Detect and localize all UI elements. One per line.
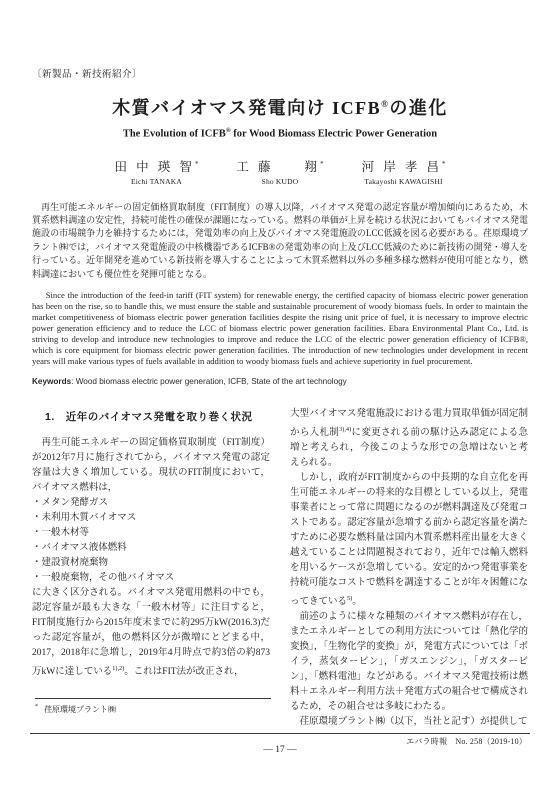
right-paragraph-2: しかし，政府がFIT制度からの中長期的な自立化を再生可能エネルギーの将来的な目標…: [290, 471, 528, 610]
fuel-list-item: ・建設資材廃棄物: [32, 556, 270, 571]
author-name: 田 中 瑛 智*: [115, 157, 199, 175]
author-name-romanized: Takayoshi KAWAGISHI: [362, 177, 446, 186]
author-name-jp: 河 岸 孝 昌: [362, 160, 442, 174]
author-3: 河 岸 孝 昌* Takayoshi KAWAGISHI: [362, 157, 446, 186]
fuel-list-item: ・メタン発酵ガス: [32, 496, 270, 511]
fuel-list-item: ・一般廃棄物，その他バイオマス: [32, 571, 270, 586]
author-affiliation-mark: *: [195, 159, 199, 167]
paper-page: 〔新製品・新技術紹介〕 木質バイオマス発電向け ICFB®の進化 The Evo…: [0, 0, 560, 792]
left-paragraph-2-continuation: 。これはFIT法が改正され，: [124, 667, 243, 677]
right-paragraph-1: 大型バイオマス発電施設における電力買取単価が固定制から入札制3),4)に変更され…: [290, 407, 528, 471]
right-paragraph-3: 前述のように様々な種類のバイオマス燃料が存在し，またエネルギーとしての利用方法に…: [290, 610, 528, 715]
keywords-line: Keywords: Wood biomass electric power ge…: [32, 377, 528, 386]
author-1: 田 中 瑛 智* Eichi TANAKA: [115, 157, 199, 186]
body-columns: 1. 近年のバイオマス発電を取り巻く状況 再生可能エネルギーの固定価格買取制度（…: [32, 407, 528, 730]
left-paragraph-2: に大きく区分される。バイオマス発電用燃料の中でも，認定容量が最も大きな「一般木材…: [32, 586, 270, 680]
footnote-text: 荏原環境プラント㈱: [44, 705, 116, 714]
author-affiliation-mark: *: [442, 159, 446, 167]
fuel-list-item: ・一般木材等: [32, 526, 270, 541]
left-paragraph-1: 再生可能エネルギーの固定価格買取制度（FIT制度）が2012年7月に施行されてか…: [32, 436, 270, 496]
fuel-category-list: ・メタン発酵ガス ・未利用木質バイオマス ・一般木材等 ・バイオマス液体燃料 ・…: [32, 496, 270, 586]
paper-title-pre: 木質バイオマス発電向け ICFB: [112, 98, 381, 118]
affiliation-footnote: *荏原環境プラント㈱: [35, 698, 271, 715]
keywords-label: Keywords: [32, 377, 71, 386]
category-tag: 〔新製品・新技術紹介〕: [32, 66, 528, 80]
paper-title-post: の進化: [389, 98, 448, 118]
right-paragraph-4: 荏原環境プラント㈱（以下，当社と記す）が提供して: [290, 715, 528, 730]
fuel-list-item: ・未利用木質バイオマス: [32, 511, 270, 526]
author-name: 工 藤 翔*: [236, 157, 323, 175]
keywords-text: : Wood biomass electric power generation…: [71, 377, 347, 386]
footer-divider: [30, 733, 530, 734]
page-number: — 17 —: [0, 745, 560, 755]
paper-subtitle-post: for Wood Biomass Electric Power Generati…: [231, 129, 437, 140]
abstract-english: Since the introduction of the feed-in ta…: [32, 290, 528, 367]
author-2: 工 藤 翔* Sho KUDO: [236, 157, 323, 186]
paper-subtitle-pre: The Evolution of ICFB: [123, 129, 226, 140]
right-paragraph-2-text: しかし，政府がFIT制度からの中長期的な自立化を再生可能エネルギーの将来的な目標…: [290, 473, 528, 607]
footnote-mark: *: [35, 704, 38, 710]
author-name-romanized: Eichi TANAKA: [115, 177, 199, 186]
right-column: 大型バイオマス発電施設における電力買取単価が固定制から入札制3),4)に変更され…: [290, 407, 528, 730]
author-name-jp: 田 中 瑛 智: [115, 160, 195, 174]
author-name-jp: 工 藤 翔: [236, 160, 320, 174]
author-affiliation-mark: *: [320, 159, 324, 167]
reference-superscript: 3),4): [339, 426, 351, 433]
left-column: 1. 近年のバイオマス発電を取り巻く状況 再生可能エネルギーの固定価格買取制度（…: [32, 407, 270, 730]
author-name-romanized: Sho KUDO: [236, 177, 323, 186]
author-name: 河 岸 孝 昌*: [362, 157, 446, 175]
right-paragraph-2-end: 。: [352, 597, 362, 607]
abstract-japanese: 再生可能エネルギーの固定価格買取制度（FIT制度）の導入以降，バイオマス発電の認…: [32, 201, 528, 281]
section-1-heading: 1. 近年のバイオマス発電を取り巻く状況: [32, 410, 270, 425]
reference-superscript: 1),2): [112, 665, 124, 672]
author-list: 田 中 瑛 智* Eichi TANAKA 工 藤 翔* Sho KUDO 河 …: [32, 157, 528, 186]
fuel-list-item: ・バイオマス液体燃料: [32, 541, 270, 556]
paper-subtitle: The Evolution of ICFB® for Wood Biomass …: [32, 127, 528, 140]
left-paragraph-2-text: に大きく区分される。バイオマス発電用燃料の中でも，認定容量が最も大きな「一般木材…: [32, 588, 270, 677]
paper-title: 木質バイオマス発電向け ICFB®の進化: [32, 94, 528, 120]
